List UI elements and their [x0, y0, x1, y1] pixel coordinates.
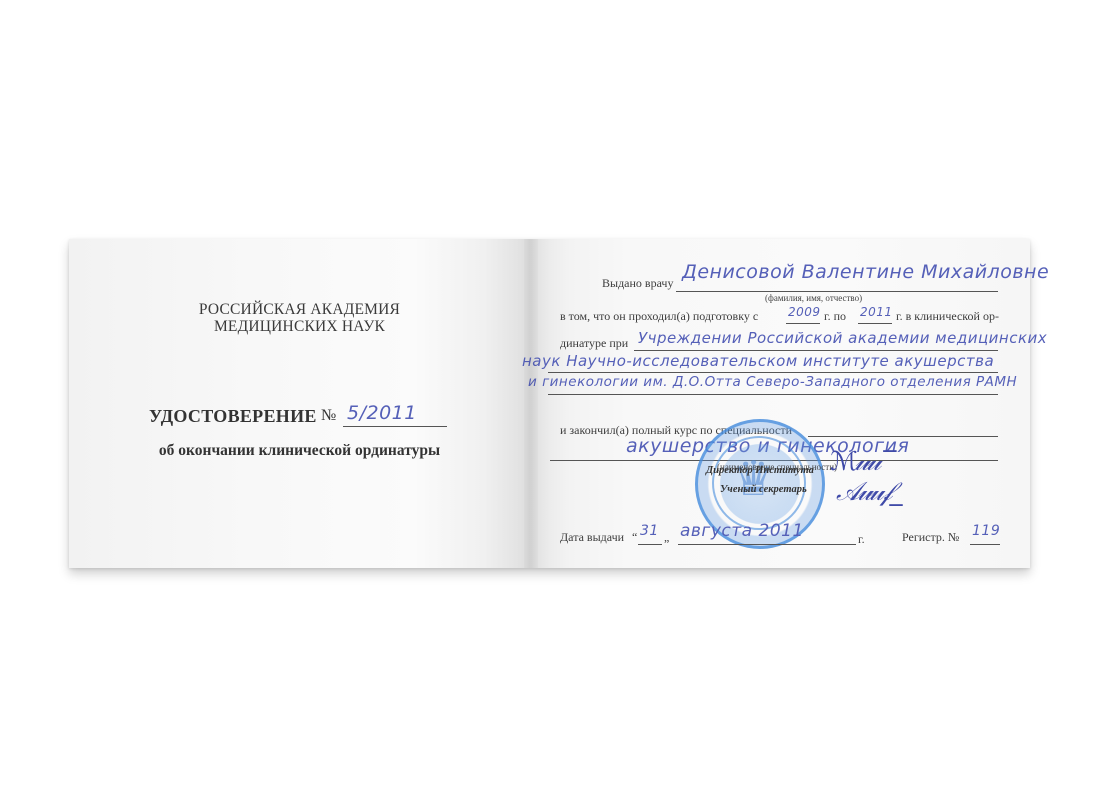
- date-month-line: [678, 544, 856, 545]
- reg-label: Регистр. №: [902, 530, 959, 545]
- number-sign: №: [321, 407, 336, 425]
- reg-number-line: [970, 544, 1000, 545]
- certificate-inner-page: Выдано врачу Денисовой Валентине Михайло…: [530, 239, 1030, 568]
- number-underline: [343, 426, 447, 427]
- certificate-cover-page: РОССИЙСКАЯ АКАДЕМИЯ МЕДИЦИНСКИХ НАУК УДО…: [69, 239, 530, 568]
- date-close-quote: „: [664, 530, 669, 545]
- year-from: 2009: [788, 305, 821, 319]
- date-open-quote: “: [632, 530, 637, 545]
- year-from-line: [786, 323, 820, 324]
- name-caption: (фамилия, имя, отчество): [765, 293, 862, 303]
- issued-name-line: [676, 291, 998, 292]
- date-month-year: августа 2011: [680, 521, 804, 541]
- document-spine-fold: [524, 239, 538, 568]
- double-headed-eagle-icon: ♛: [732, 450, 775, 510]
- residency-prefix: динатуре при: [560, 336, 628, 351]
- secretary-label: Ученый секретарь: [720, 484, 807, 495]
- year-mid-label: г. по: [824, 309, 846, 324]
- institution-line3-rule: [548, 394, 998, 395]
- year-to-line: [858, 323, 892, 324]
- training-prefix: в том, что он проходил(а) подготовку с: [560, 309, 758, 324]
- date-label: Дата выдачи: [560, 530, 624, 545]
- date-suffix: г.: [858, 532, 865, 547]
- institution-line2-rule: [548, 372, 998, 373]
- director-label: Директор Института: [706, 465, 814, 476]
- academy-name-line2: МЕДИЦИНСКИХ НАУК: [69, 318, 530, 335]
- academy-name: РОССИЙСКАЯ АКАДЕМИЯ МЕДИЦИНСКИХ НАУК: [69, 301, 530, 335]
- issued-label: Выдано врачу: [602, 276, 673, 291]
- year-to: 2011: [860, 305, 893, 319]
- secretary-signature: 𝒜𝓊𝓊𝒻_: [836, 477, 900, 508]
- institution-line1-rule: [634, 350, 998, 351]
- date-day-line: [638, 544, 662, 545]
- certificate-subtitle: об окончании клинической ординатуры: [69, 442, 530, 460]
- certificate-number: 5/2011: [347, 402, 417, 424]
- reg-number: 119: [972, 523, 1000, 539]
- institution-line1: Учреждении Российской академии медицинск…: [638, 329, 1047, 347]
- institution-line3: и гинекологии им. Д.О.Отта Северо-Западн…: [528, 374, 1017, 390]
- director-signature: ℳ𝓊𝓊 ‾: [830, 447, 893, 478]
- institution-line2: наук Научно-исследовательском институте …: [522, 352, 994, 370]
- certificate-document: РОССИЙСКАЯ АКАДЕМИЯ МЕДИЦИНСКИХ НАУК УДО…: [69, 239, 1030, 568]
- academy-name-line1: РОССИЙСКАЯ АКАДЕМИЯ: [69, 301, 530, 318]
- issued-name: Денисовой Валентине Михайловне: [682, 261, 1049, 283]
- training-suffix: г. в клинической ор-: [896, 309, 999, 324]
- date-day: 31: [640, 523, 659, 539]
- certificate-title: УДОСТОВЕРЕНИЕ: [149, 406, 317, 427]
